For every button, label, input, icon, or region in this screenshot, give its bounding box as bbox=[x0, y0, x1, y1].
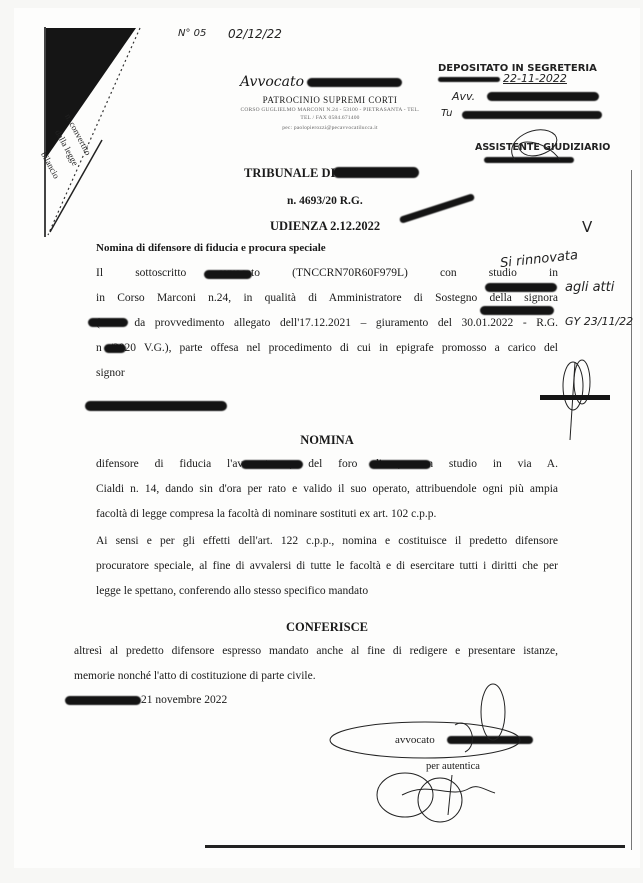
authentication-signature bbox=[0, 0, 643, 883]
